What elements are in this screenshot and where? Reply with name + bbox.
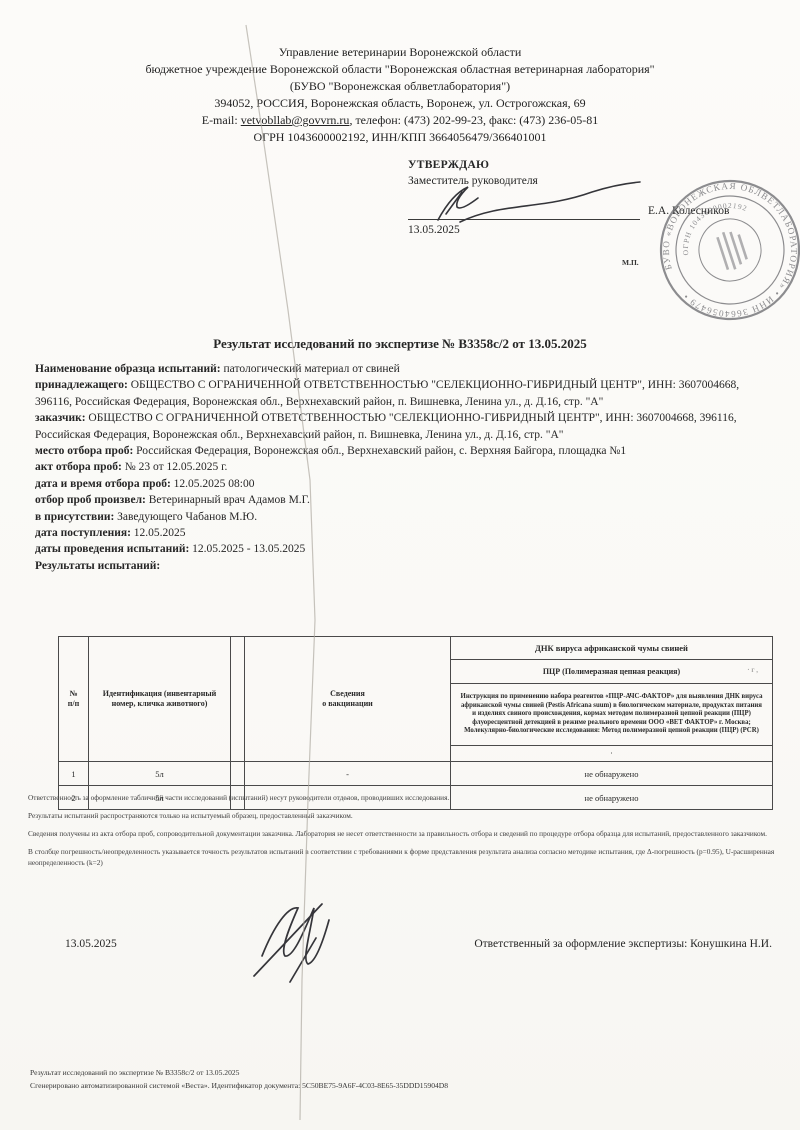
detail-sampling-datetime: дата и время отбора проб: 12.05.2025 08:… — [35, 476, 772, 492]
sample-details: Наименование образца испытаний: патологи… — [35, 361, 772, 574]
uncertainty-subrow: · — [451, 746, 773, 762]
scan-artifact-mark: · г , — [747, 666, 758, 674]
row-result-cell: не обнаружено — [451, 762, 773, 786]
org-shortname-line: (БУВО "Воронежская облветлаборатория") — [0, 78, 800, 95]
col-header-number: №п/п — [59, 637, 89, 762]
org-ogrn-inn-line: ОГРН 1043600002192, ИНН/КПП 3664056479/3… — [0, 129, 800, 146]
detail-sample-name: Наименование образца испытаний: патологи… — [35, 361, 772, 377]
footnote: Результаты испытаний распространяются то… — [28, 810, 776, 821]
method-instruction-cell: Инструкция по применению набора реагенто… — [451, 684, 773, 746]
letterhead: Управление ветеринарии Воронежской облас… — [0, 44, 800, 146]
detail-sampling-place: место отбора проб: Российская Федерация,… — [35, 443, 772, 459]
footer-expertise-line: Результат исследований по экспертизе № В… — [30, 1066, 448, 1079]
document-footer: Результат исследований по экспертизе № В… — [30, 1066, 448, 1092]
results-table: №п/п Идентификация (инвентарный номер, к… — [58, 636, 773, 810]
method-header-cell: ПЦР (Полимеразная цепная реакция)· г , — [451, 660, 773, 684]
table-row: 1 5л - не обнаружено — [59, 762, 773, 786]
approve-word: УТВЕРЖДАЮ — [408, 157, 773, 173]
detail-received-date: дата поступления: 12.05.2025 — [35, 525, 772, 541]
col-header-vaccination: Сведенияо вакцинации — [245, 637, 451, 762]
detail-sampler: отбор проб произвел: Ветеринарный врач А… — [35, 492, 772, 508]
results-section-label: Результаты испытаний: — [35, 558, 772, 574]
row-spacer-cell — [231, 762, 245, 786]
footnote: В столбце погрешность/неопределенность у… — [28, 846, 776, 868]
signature-ink-top — [432, 180, 647, 228]
scanned-document-page: Управление ветеринарии Воронежской облас… — [0, 0, 800, 1130]
org-name-line: бюджетное учреждение Воронежской области… — [0, 61, 800, 78]
phone-fax: , телефон: (473) 202-99-23, факс: (473) … — [349, 113, 598, 127]
detail-testing-dates: даты проведения испытаний: 12.05.2025 - … — [35, 541, 772, 557]
footnote: Сведения получены из акта отбора проб, с… — [28, 828, 776, 839]
col-header-identification: Идентификация (инвентарный номер, кличка… — [89, 637, 231, 762]
signature-ink-bottom — [250, 898, 350, 983]
row-number-cell: 1 — [59, 762, 89, 786]
detail-sampling-act: акт отбора проб: № 23 от 12.05.2025 г. — [35, 459, 772, 475]
footnote: Ответственность за оформление табличной … — [28, 792, 776, 803]
org-contacts-line: E-mail: vetvobllab@govvrn.ru, телефон: (… — [0, 112, 800, 129]
result-group-header: ДНК вируса африканской чумы свиней — [451, 637, 773, 660]
org-address-line: 394052, РОССИЯ, Воронежская область, Вор… — [0, 95, 800, 112]
col-header-spacer — [231, 637, 245, 762]
email-value: vetvobllab@govvrn.ru — [241, 113, 350, 127]
footnotes: Ответственность за оформление табличной … — [28, 792, 776, 875]
round-stamp-icon: БУВО «ВОРОНЕЖСКАЯ ОБЛВЕТЛАБОРАТОРИЯ» • И… — [656, 176, 800, 324]
stamp-center-text-marks — [717, 228, 749, 272]
document-title: Результат исследований по экспертизе № В… — [0, 336, 800, 352]
row-id-cell: 5л — [89, 762, 231, 786]
signoff-date: 13.05.2025 — [65, 938, 117, 950]
org-authority-line: Управление ветеринарии Воронежской облас… — [0, 44, 800, 61]
email-label: E-mail: — [202, 113, 241, 127]
detail-customer: заказчик: ОБЩЕСТВО С ОГРАНИЧЕННОЙ ОТВЕТС… — [35, 410, 772, 443]
detail-owner: принадлежащего: ОБЩЕСТВО С ОГРАНИЧЕННОЙ … — [35, 377, 772, 410]
footer-generated-line: Сгенерировано автоматизированной системо… — [30, 1079, 448, 1092]
seal-place-mark: М.П. — [622, 258, 639, 267]
responsible-person-line: Ответственный за оформление экспертизы: … — [474, 938, 772, 950]
detail-witness: в присутствии: Заведующего Чабанов М.Ю. — [35, 509, 772, 525]
row-vaccination-cell: - — [245, 762, 451, 786]
